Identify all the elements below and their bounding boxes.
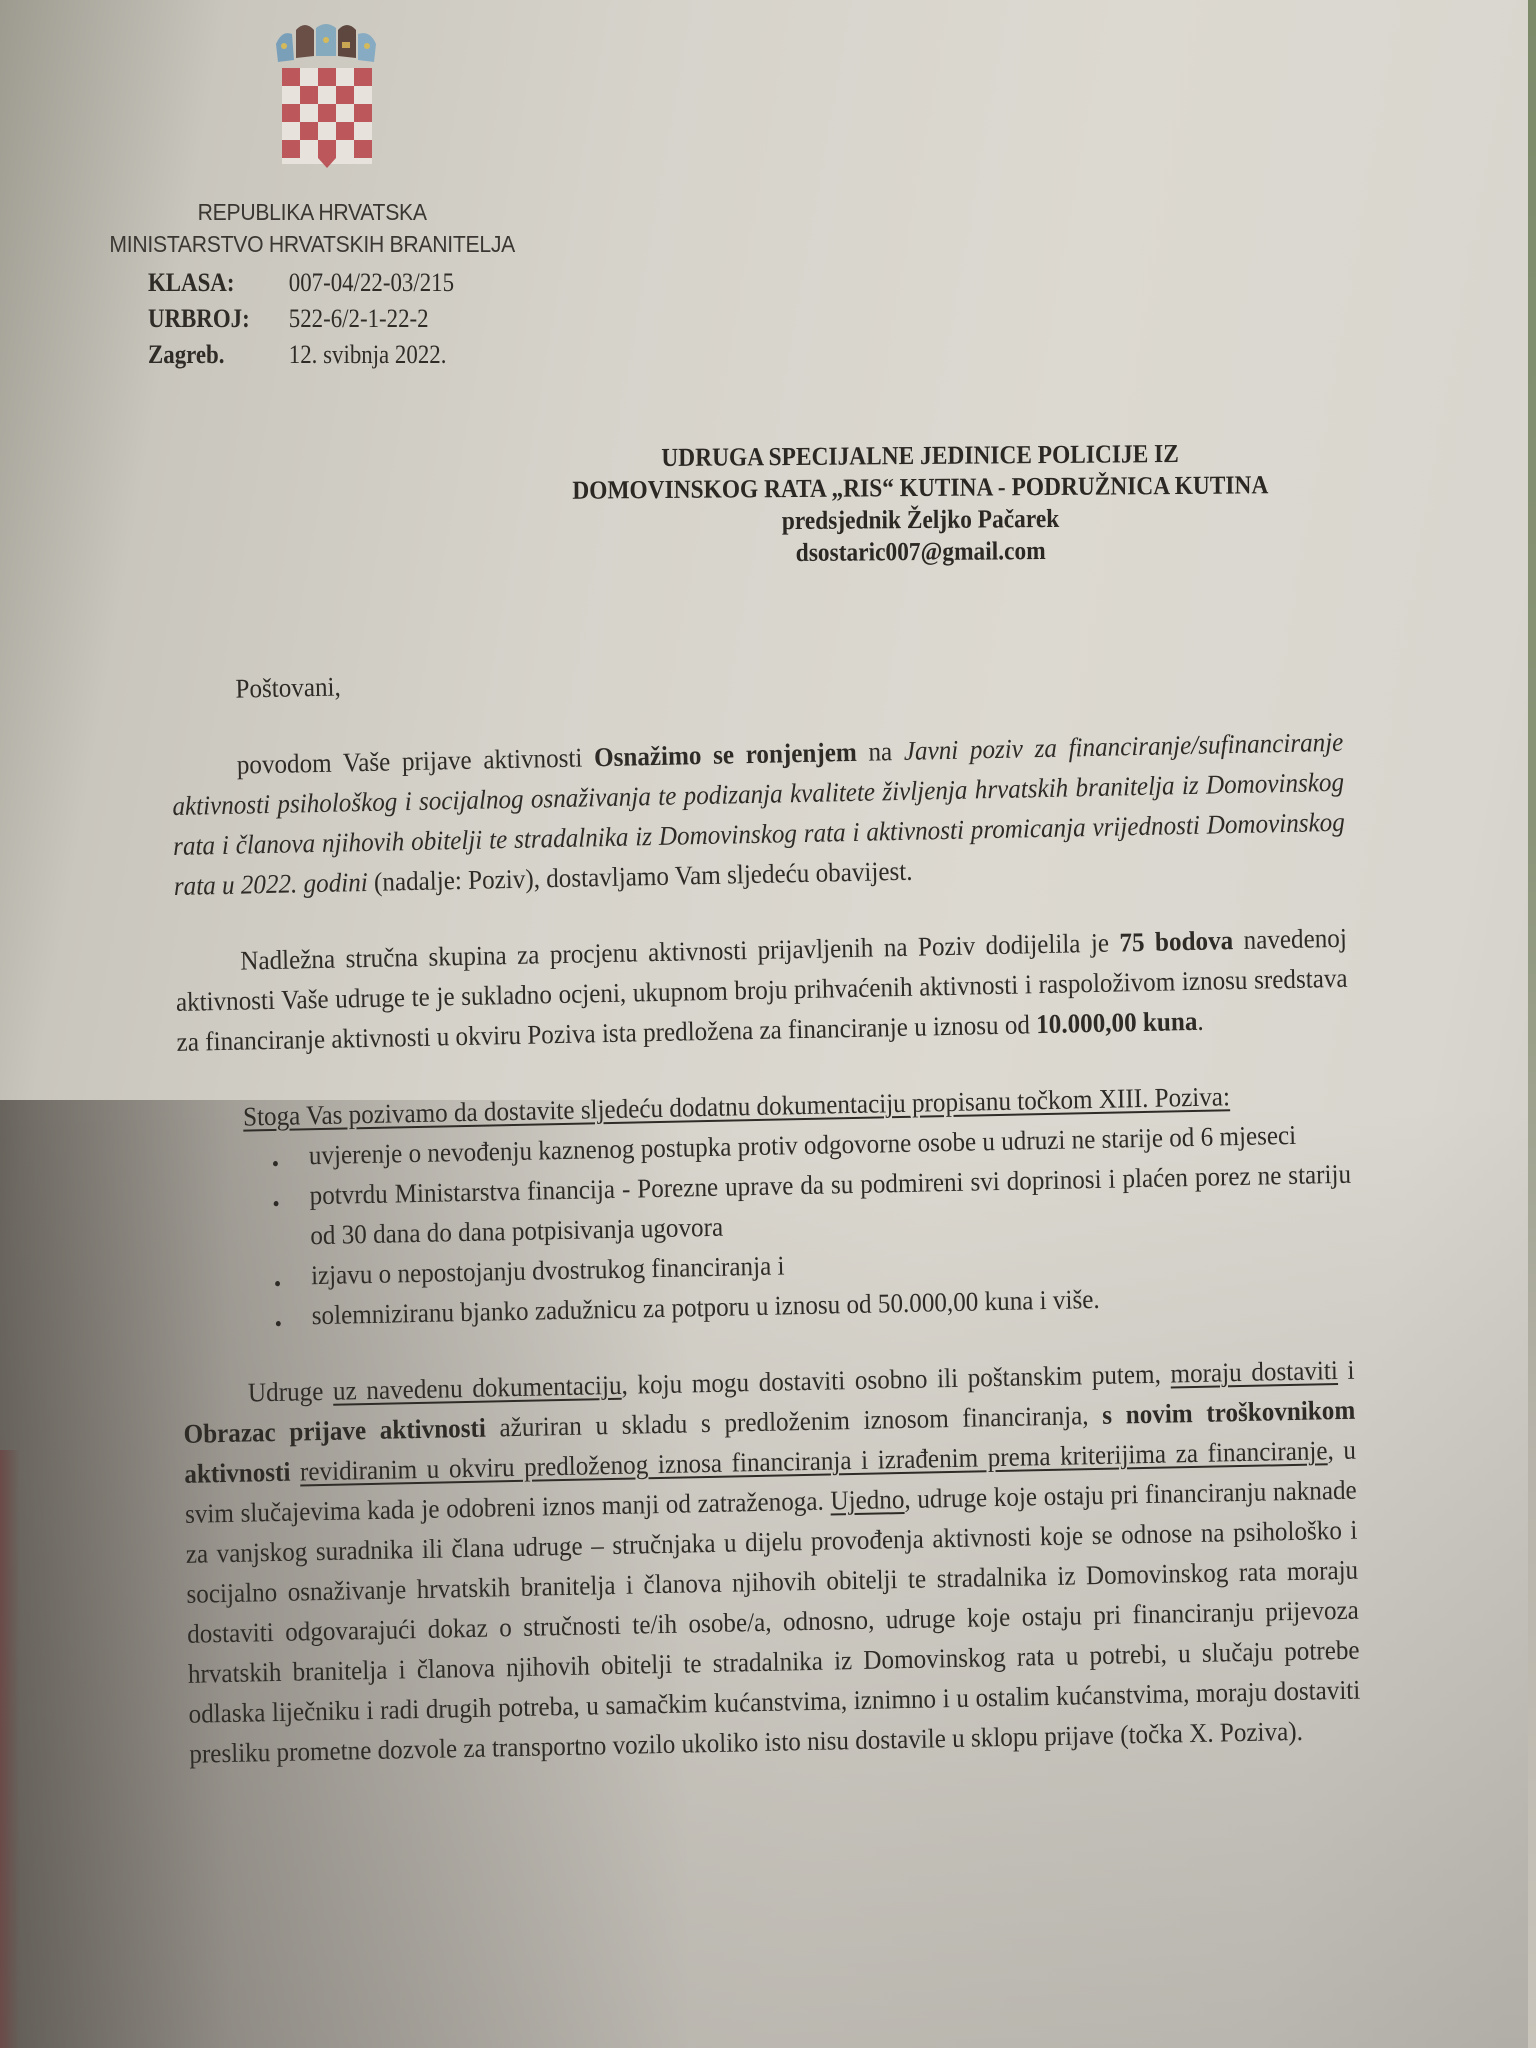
- document-page: REPUBLIKA HRVATSKA MINISTARSTVO HRVATSKI…: [0, 0, 1536, 2048]
- paragraph-1: povodom Vaše prijave aktivnosti Osnažimo…: [171, 722, 1345, 906]
- urbroj-value: 522-6/2-1-22-2: [289, 301, 429, 337]
- required-documents-list: uvjerenje o nevođenju kaznenog postupka …: [178, 1114, 1353, 1338]
- urbroj-label: URBROJ:: [148, 301, 289, 337]
- date-value: 12. svibnja 2022.: [289, 337, 447, 373]
- recipient-block: UDRUGA SPECIJALNE JEDINICE POLICIJE IZ D…: [470, 437, 1371, 572]
- page-edge: [1528, 0, 1536, 2048]
- country-name: REPUBLIKA HRVATSKA: [50, 196, 574, 228]
- document-meta: KLASA: 007-04/22-03/215 URBROJ: 522-6/2-…: [148, 265, 454, 373]
- klasa-value: 007-04/22-03/215: [289, 265, 454, 301]
- croatian-coat-of-arms-icon: [272, 20, 382, 170]
- issuer-header: REPUBLIKA HRVATSKA MINISTARSTVO HRVATSKI…: [50, 196, 574, 260]
- page-edge-left: [0, 1450, 20, 2048]
- paragraph-2: Nadležna stručna skupina za procjenu akt…: [175, 918, 1349, 1062]
- paragraph-4: Udruge uz navedenu dokumentaciju, koju m…: [183, 1350, 1362, 1774]
- recipient-email: dsostaric007@gmail.com: [471, 533, 1371, 572]
- ministry-name: MINISTARSTVO HRVATSKIH BRANITELJA: [50, 228, 574, 260]
- klasa-label: KLASA:: [148, 265, 289, 301]
- letter-body: Poštovani, povodom Vaše prijave aktivnos…: [170, 646, 1361, 1774]
- place-label: Zagreb.: [148, 337, 289, 373]
